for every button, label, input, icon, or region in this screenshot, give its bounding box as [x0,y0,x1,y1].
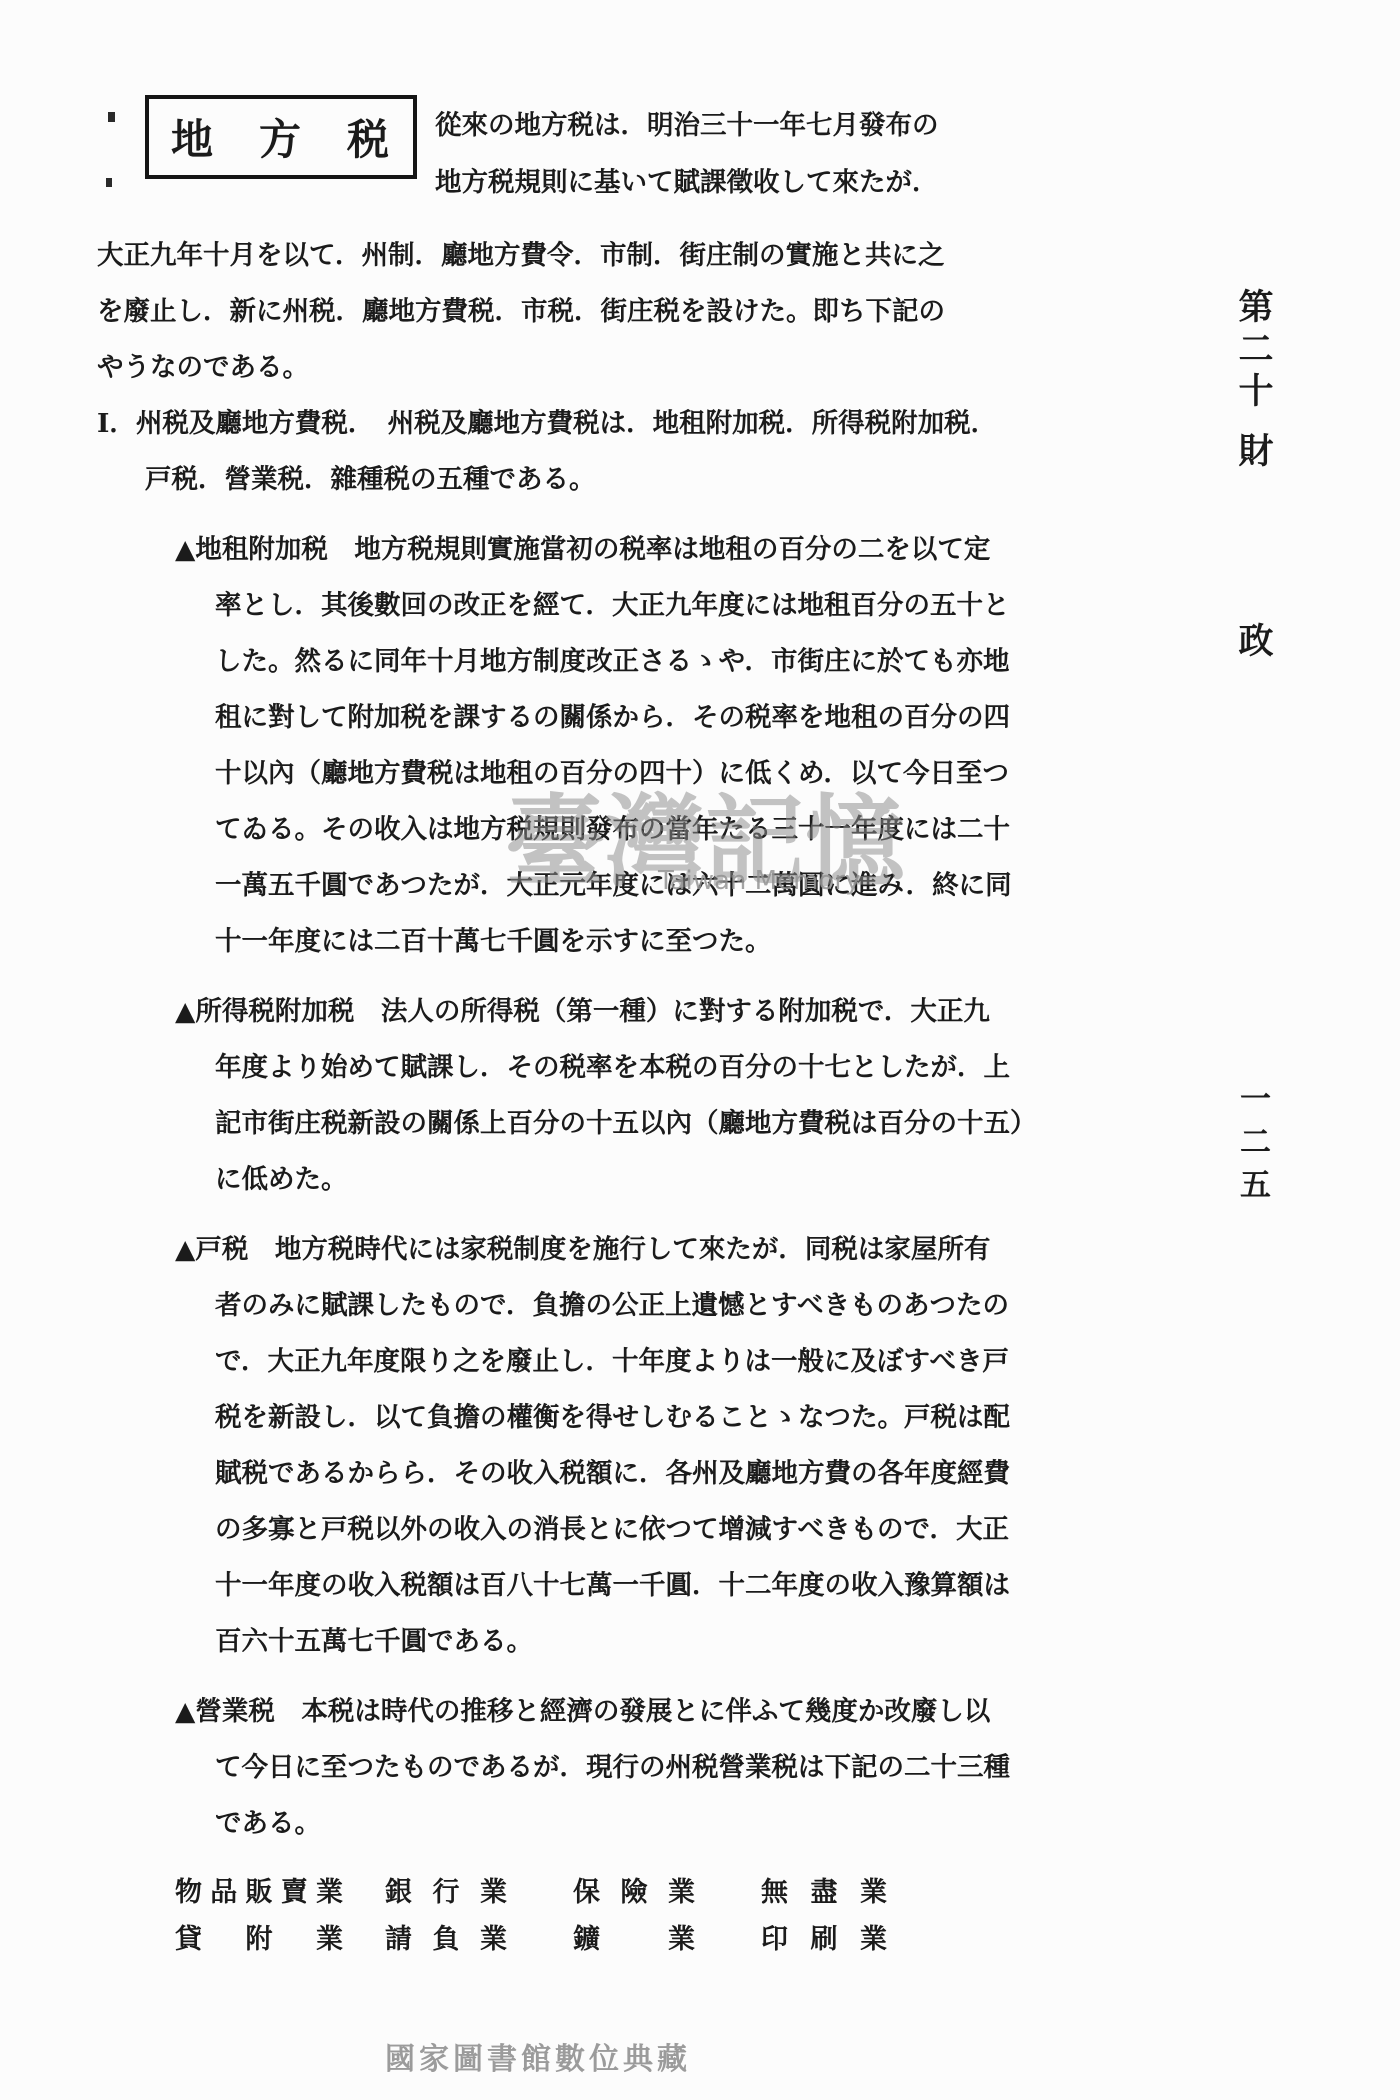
text-line: 地方税規則に基いて賦課徵收して來たが． [435,154,939,211]
tax-term-line: ▲營業税 本税は時代の推移と經濟の發展とに伴ふて幾度か改廢し以 [175,1684,942,1740]
text-line: 税を新設し．以て負擔の權衡を得せしむることゝなつた。戸税は配 [215,1390,942,1446]
text-line: て今日に至つたものであるが．現行の州税營業税は下記の二十三種 [215,1740,942,1796]
library-footer-caption: 國家圖書館數位典藏 [385,2034,691,2078]
table-cell: 物品販賣業 [175,1870,343,1909]
page-number: 一二五 [1230,1082,1275,1211]
table-cell: 無盡業 [761,1870,887,1909]
text-line: てゐる。その收入は地方税規則發布の當年たる三十一年度には二十 [215,802,942,858]
text-line: 大正九年十月を以て．州制．廳地方費令．市制．街庄制の實施と共に之 [97,228,942,284]
emphasized-tax-term: 地租附加税 [195,534,328,565]
text-line: 年度より始めて賦課し．その税率を本税の百分の十七としたが．上 [215,1040,942,1096]
table-cell: 請負業 [385,1917,507,1956]
body-text-block: 大正九年十月を以て．州制．廳地方費令．市制．街庄制の實施と共に之を廢止し．新に州… [97,228,942,1852]
line-text: 法人の所得税（第一種）に對する附加税で．大正九 [354,996,989,1027]
line-text: 地方税時代には家税制度を施行して來たが．同税は家屋所有 [248,1234,990,1265]
emphasized-tax-term: 營業税 [195,1696,275,1727]
text-line: である。 [215,1796,942,1852]
tax-term-line: ▲戸税 地方税時代には家税制度を施行して來たが．同税は家屋所有 [175,1222,942,1278]
text-line: 賦税であるからら．その收入税額に．各州及廳地方費の各年度經費 [215,1446,942,1502]
triangle-marker: ▲ [175,534,195,565]
text-line: 率とし．其後數回の改正を經て．大正九年度には地租百分の五十と [215,578,942,634]
business-tax-types-table: 物品販賣業銀行業保險業無盡業貸附業請負業鑛業印刷業 [97,1866,942,1960]
section-header: 地 方 税 從來の地方税は．明治三十一年七月發布の地方税規則に基いて賦課徵收して… [97,95,942,228]
section-title-box: 地 方 税 [145,95,417,179]
text-line: 記市街庄税新設の關係上百分の十五以內（廳地方費税は百分の十五） [215,1096,942,1152]
line-text: 地方税規則實施當初の税率は地租の百分の二を以て定 [328,534,991,565]
margin-chapter-label: 第二十 [1228,288,1278,414]
table-cell: 貸附業 [175,1917,343,1956]
text-line: 百六十五萬七千圓である。 [215,1614,942,1670]
scanned-document-page: 地 方 税 從來の地方税は．明治三十一年七月發布の地方税規則に基いて賦課徵收して… [0,0,1400,2100]
table-cell: 印刷業 [761,1917,887,1956]
margin-section-label-top: 財 [1228,432,1278,474]
text-line: 十一年度には二百十萬七千圓を示すに至つた。 [215,914,942,970]
tax-term-line: ▲地租附加税 地方税規則實施當初の税率は地租の百分の二を以て定 [175,522,942,578]
emphasized-tax-term: 所得税附加税 [195,996,354,1027]
emphasized-tax-term: 戸税 [195,1234,248,1265]
text-line: を廢止し．新に州税．廳地方費税．市税．街庄税を設けた。即ち下記の [97,284,942,340]
triangle-marker: ▲ [175,996,195,1027]
text-line: 從來の地方税は．明治三十一年七月發布の [435,97,939,154]
text-line: 十以內（廳地方費税は地租の百分の四十）に低くめ．以て今日至つ [215,746,942,802]
text-line: 一萬五千圓であつたが．大正元年度には六十二萬圓に進み．終に同 [215,858,942,914]
text-line: の多寡と戸税以外の收入の消長とに依つて增減すべきもので．大正 [215,1502,942,1558]
text-line: 者のみに賦課したもので．負擔の公正上遺憾とすべきものあつたの [215,1278,942,1334]
table-cell: 銀行業 [385,1870,507,1909]
text-line: やうなのである。 [97,340,942,396]
table-cell: 鑛業 [573,1917,695,1956]
text-line: 十一年度の收入税額は百八十七萬一千圓．十二年度の收入豫算額は [215,1558,942,1614]
table-row: 物品販賣業銀行業保險業無盡業 [97,1866,942,1913]
text-line: 戸税．營業税．雜種税の五種である。 [145,452,942,508]
tax-term-line: ▲所得税附加税 法人の所得税（第一種）に對する附加税で．大正九 [175,984,942,1040]
table-cell: 保險業 [573,1870,695,1909]
triangle-marker: ▲ [175,1234,195,1265]
header-text-lines: 從來の地方税は．明治三十一年七月發布の地方税規則に基いて賦課徵收して來たが． [435,97,939,211]
text-line: Ⅰ．州税及廳地方費税． 州税及廳地方費税は．地租附加税．所得税附加税． [97,396,942,452]
margin-section-label-bottom: 政 [1228,622,1278,664]
text-line: した。然るに同年十月地方制度改正さるゝや．市街庄に於ても亦地 [215,634,942,690]
text-line: 租に對して附加税を課するの關係から．その税率を地租の百分の四 [215,690,942,746]
table-row: 貸附業請負業鑛業印刷業 [97,1913,942,1960]
text-line: に低めた。 [215,1152,942,1208]
line-text: 本税は時代の推移と經濟の發展とに伴ふて幾度か改廢し以 [275,1696,991,1727]
main-text-column: 地 方 税 從來の地方税は．明治三十一年七月發布の地方税規則に基いて賦課徵收して… [97,95,942,1960]
triangle-marker: ▲ [175,1696,195,1727]
text-line: で．大正九年度限り之を廢止し．十年度よりは一般に及ぼすべき戸 [215,1334,942,1390]
